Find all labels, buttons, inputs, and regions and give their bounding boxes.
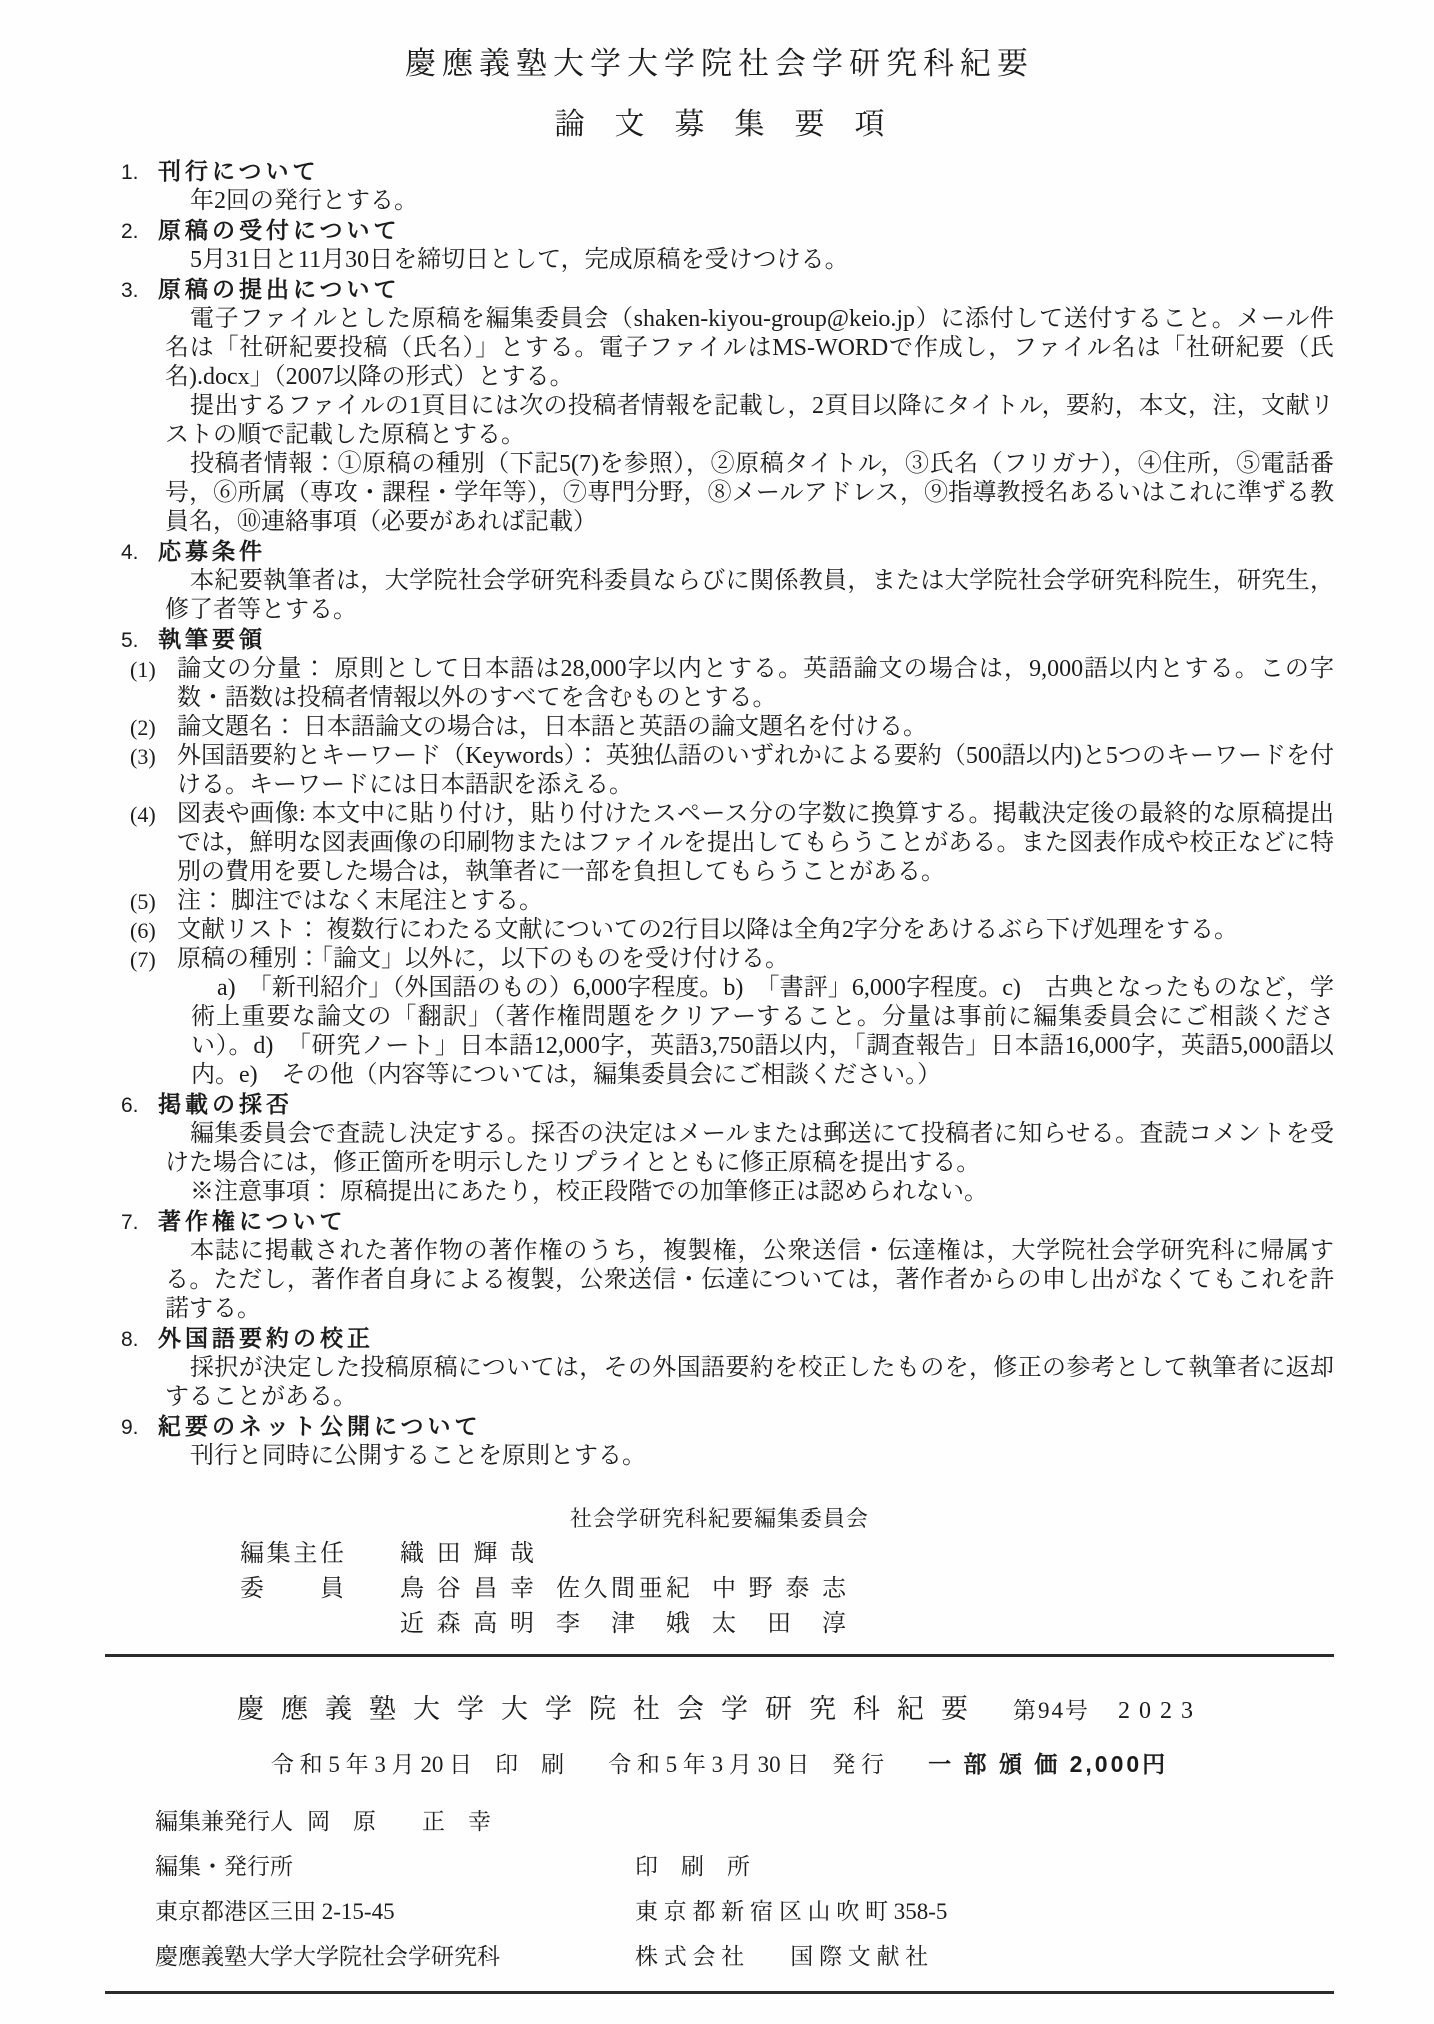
section-body: 5月31日と11月30日を締切日として，完成原稿を受けつける。 xyxy=(165,246,1334,275)
committee-member-name: 近森高明 xyxy=(400,1607,534,1642)
colophon-price: 一 部 頒 価 2,000円 xyxy=(928,1746,1168,1779)
paragraph: 電子ファイルとした原稿を編集委員会（shaken-kiyou-group@kei… xyxy=(165,305,1334,392)
list-item-label: (5) xyxy=(130,887,156,916)
paragraph: 年2回の発行とする。 xyxy=(165,187,1334,216)
section-heading: 原稿の提出について xyxy=(158,275,401,304)
footer-row: 東京都港区三田 2-15-45 東 京 都 新 宿 区 山 吹 町 358-5 xyxy=(155,1889,1334,1934)
editor-name: 岡 原 正 幸 xyxy=(307,1809,491,1834)
page-subtitle: 論文募集要項 xyxy=(105,99,1334,143)
section-heading: 応募条件 xyxy=(158,537,266,566)
list-item-subtext: a) 「新刊紹介」（外国語のもの）6,000字程度。b) 「書評」6,000字程… xyxy=(191,974,1334,1090)
section-heading: 執筆要領 xyxy=(158,625,266,654)
section-publication: 1. 刊行について 年2回の発行とする。 xyxy=(105,157,1334,216)
section-heading: 原稿の受付について xyxy=(158,216,401,245)
committee-row: 近森高明 李津娥 太田淳 xyxy=(240,1607,1334,1642)
paragraph: 刊行と同時に公開することを原則とする。 xyxy=(165,1442,1334,1471)
publisher-address: 東京都港区三田 2-15-45 xyxy=(155,1889,635,1934)
publisher-label: 編集・発行所 xyxy=(155,1844,635,1889)
divider-bottom xyxy=(105,1991,1334,1994)
colophon-journal-title: 慶應義塾大学大学院社会学研究科紀要 xyxy=(237,1687,985,1726)
divider-top xyxy=(105,1654,1334,1657)
footer-editor: 編集兼発行人岡 原 正 幸 xyxy=(155,1799,635,1844)
list-item: (4) 図表や画像: 本文中に貼り付け，貼り付けたスペース分の字数に換算する。掲… xyxy=(130,800,1334,887)
committee-title: 社会学研究科紀要編集委員会 xyxy=(105,1501,1334,1537)
paragraph: 5月31日と11月30日を締切日として，完成原稿を受けつける。 xyxy=(165,246,1334,275)
section-body: 本紀要執筆者は，大学院社会学研究科委員ならびに関係教員，または大学院社会学研究科… xyxy=(165,567,1334,625)
colophon-date-line: 令 和 5 年 3 月 20 日 印 刷 令 和 5 年 3 月 30 日 発 … xyxy=(105,1746,1334,1779)
list-item-text: 図表や画像: 本文中に貼り付け，貼り付けたスペース分の字数に換算する。掲載決定後… xyxy=(177,800,1334,887)
section-body: 電子ファイルとした原稿を編集委員会（shaken-kiyou-group@kei… xyxy=(165,305,1334,537)
committee-member-name: 李津娥 xyxy=(556,1607,690,1642)
section-number: 8. xyxy=(121,1325,158,1354)
committee-row: 編集主任 織田輝哉 xyxy=(240,1537,1334,1572)
list-item: (7) 原稿の種別：「論文」以外に，以下のものを受け付ける。 a) 「新刊紹介」… xyxy=(130,945,1334,1090)
paragraph: 編集委員会で査読し決定する。採否の決定はメールまたは郵送にて投稿者に知らせる。査… xyxy=(165,1120,1334,1178)
section-number: 2. xyxy=(121,217,158,246)
printer-name: 株 式 会 社 国 際 文 献 社 xyxy=(635,1934,928,1979)
section-heading-row: 3. 原稿の提出について xyxy=(105,275,1334,305)
committee-role xyxy=(240,1607,344,1642)
colophon-issue-number: 第94号 xyxy=(1013,1692,1090,1725)
paragraph: 投稿者情報：①原稿の種別（下記5(7)を参照），②原稿タイトル，③氏名（フリガナ… xyxy=(165,450,1334,537)
section-heading-row: 4. 応募条件 xyxy=(105,537,1334,567)
section-body: 本誌に掲載された著作物の著作権のうち，複製権，公衆送信・伝達権は，大学院社会学研… xyxy=(165,1237,1334,1324)
colophon-footer: 編集兼発行人岡 原 正 幸 編集・発行所 印 刷 所 東京都港区三田 2-15-… xyxy=(155,1799,1334,1979)
section-number: 6. xyxy=(121,1091,158,1120)
printer-address: 東 京 都 新 宿 区 山 吹 町 358-5 xyxy=(635,1889,947,1934)
list-item-text: 注： 脚注ではなく末尾注とする。 xyxy=(177,887,1334,916)
publisher-name: 慶應義塾大学大学院社会学研究科 xyxy=(155,1934,635,1979)
committee-member-name: 織田輝哉 xyxy=(400,1537,534,1572)
list-item: (3) 外国語要約とキーワード（Keywords）： 英独仏語のいずれかによる要… xyxy=(130,742,1334,800)
committee-role: 委員 xyxy=(240,1572,344,1607)
committee-member-name: 中野泰志 xyxy=(712,1572,846,1607)
section-heading-row: 8. 外国語要約の校正 xyxy=(105,1324,1334,1354)
list-item-text: 論文題名： 日本語論文の場合は，日本語と英語の論文題名を付ける。 xyxy=(177,713,1334,742)
list-item-text: 原稿の種別：「論文」以外に，以下のものを受け付ける。 xyxy=(177,945,1334,974)
footer-row: 慶應義塾大学大学院社会学研究科 株 式 会 社 国 際 文 献 社 xyxy=(155,1934,1334,1979)
footer-row: 編集兼発行人岡 原 正 幸 xyxy=(155,1799,1334,1844)
list-item-label: (6) xyxy=(130,916,156,945)
section-heading-row: 1. 刊行について xyxy=(105,157,1334,187)
section-online-publication: 9. 紀要のネット公開について 刊行と同時に公開することを原則とする。 xyxy=(105,1412,1334,1471)
colophon-year: 2023 xyxy=(1118,1698,1202,1725)
section-body: 年2回の発行とする。 xyxy=(165,187,1334,216)
section-heading-row: 9. 紀要のネット公開について xyxy=(105,1412,1334,1442)
section-heading: 外国語要約の校正 xyxy=(158,1324,374,1353)
list-item: (1) 論文の分量： 原則として日本語は28,000字以内とする。英語論文の場合… xyxy=(130,655,1334,713)
committee-row: 委員 鳥谷昌幸 佐久間亜紀 中野泰志 xyxy=(240,1572,1334,1607)
document-page: 慶應義塾大学大学院社会学研究科紀要 論文募集要項 1. 刊行について 年2回の発… xyxy=(0,0,1434,2024)
section-body: 刊行と同時に公開することを原則とする。 xyxy=(165,1442,1334,1471)
list-item-label: (3) xyxy=(130,742,156,771)
list-item-text: 論文の分量： 原則として日本語は28,000字以内とする。英語論文の場合は，9,… xyxy=(177,655,1334,713)
section-copyright: 7. 著作権について 本誌に掲載された著作物の著作権のうち，複製権，公衆送信・伝… xyxy=(105,1207,1334,1324)
committee-member-name: 鳥谷昌幸 xyxy=(400,1572,534,1607)
colophon-print-date: 令 和 5 年 3 月 20 日 印 刷 xyxy=(271,1746,564,1779)
editor-label: 編集兼発行人 xyxy=(155,1809,293,1834)
list-item: (2) 論文題名： 日本語論文の場合は，日本語と英語の論文題名を付ける。 xyxy=(130,713,1334,742)
section-number: 7. xyxy=(121,1208,158,1237)
section-heading: 刊行について xyxy=(158,157,320,186)
paragraph: 本紀要執筆者は，大学院社会学研究科委員ならびに関係教員，または大学院社会学研究科… xyxy=(165,567,1334,625)
committee-member-name: 佐久間亜紀 xyxy=(556,1572,690,1607)
section-body: (1) 論文の分量： 原則として日本語は28,000字以内とする。英語論文の場合… xyxy=(130,655,1334,1090)
page-title: 慶應義塾大学大学院社会学研究科紀要 xyxy=(105,38,1334,83)
section-heading-row: 2. 原稿の受付について xyxy=(105,216,1334,246)
section-writing-guidelines: 5. 執筆要領 (1) 論文の分量： 原則として日本語は28,000字以内とする… xyxy=(105,625,1334,1090)
section-review-decision: 6. 掲載の採否 編集委員会で査読し決定する。採否の決定はメールまたは郵送にて投… xyxy=(105,1090,1334,1207)
colophon-title-line: 慶應義塾大学大学院社会学研究科紀要 第94号 2023 xyxy=(105,1687,1334,1726)
section-acceptance: 2. 原稿の受付について 5月31日と11月30日を締切日として，完成原稿を受け… xyxy=(105,216,1334,275)
section-number: 9. xyxy=(121,1413,158,1442)
section-submission: 3. 原稿の提出について 電子ファイルとした原稿を編集委員会（shaken-ki… xyxy=(105,275,1334,537)
section-abstract-proofreading: 8. 外国語要約の校正 採択が決定した投稿原稿については，その外国語要約を校正し… xyxy=(105,1324,1334,1412)
list-item-label: (2) xyxy=(130,713,156,742)
list-item-text: 外国語要約とキーワード（Keywords）： 英独仏語のいずれかによる要約（50… xyxy=(177,742,1334,800)
section-number: 3. xyxy=(121,276,158,305)
committee-role: 編集主任 xyxy=(240,1537,344,1572)
section-body: 採択が決定した投稿原稿については，その外国語要約を校正したものを，修正の参考とし… xyxy=(165,1354,1334,1412)
section-heading: 著作権について xyxy=(158,1207,347,1236)
section-eligibility: 4. 応募条件 本紀要執筆者は，大学院社会学研究科委員ならびに関係教員，または大… xyxy=(105,537,1334,625)
list-item-label: (4) xyxy=(130,800,156,829)
committee-member-name: 太田淳 xyxy=(712,1607,846,1642)
section-number: 1. xyxy=(121,158,158,187)
colophon-publish-date: 令 和 5 年 3 月 30 日 発 行 xyxy=(608,1746,884,1779)
paragraph: 採択が決定した投稿原稿については，その外国語要約を校正したものを，修正の参考とし… xyxy=(165,1354,1334,1412)
section-heading-row: 7. 著作権について xyxy=(105,1207,1334,1237)
section-heading-row: 6. 掲載の採否 xyxy=(105,1090,1334,1120)
list-item: (5) 注： 脚注ではなく末尾注とする。 xyxy=(130,887,1334,916)
list-item-label: (1) xyxy=(130,655,156,684)
list-item: (6) 文献リスト： 複数行にわたる文献についての2行目以降は全角2字分をあける… xyxy=(130,916,1334,945)
editorial-committee: 社会学研究科紀要編集委員会 編集主任 織田輝哉 委員 鳥谷昌幸 佐久間亜紀 中野… xyxy=(105,1501,1334,1642)
section-body: 編集委員会で査読し決定する。採否の決定はメールまたは郵送にて投稿者に知らせる。査… xyxy=(165,1120,1334,1207)
paragraph: 本誌に掲載された著作物の著作権のうち，複製権，公衆送信・伝達権は，大学院社会学研… xyxy=(165,1237,1334,1324)
paragraph: 提出するファイルの1頁目には次の投稿者情報を記載し，2頁目以降にタイトル，要約，… xyxy=(165,392,1334,450)
footer-row: 編集・発行所 印 刷 所 xyxy=(155,1844,1334,1889)
section-heading: 掲載の採否 xyxy=(158,1090,293,1119)
list-item-text: 文献リスト： 複数行にわたる文献についての2行目以降は全角2字分をあけるぶら下げ… xyxy=(177,916,1334,945)
section-number: 5. xyxy=(121,626,158,655)
printer-label: 印 刷 所 xyxy=(635,1844,750,1889)
section-number: 4. xyxy=(121,538,158,567)
section-heading-row: 5. 執筆要領 xyxy=(105,625,1334,655)
section-heading: 紀要のネット公開について xyxy=(158,1412,482,1441)
list-item-label: (7) xyxy=(130,945,156,974)
paragraph: ※注意事項： 原稿提出にあたり，校正段階での加筆修正は認められない。 xyxy=(165,1178,1334,1207)
